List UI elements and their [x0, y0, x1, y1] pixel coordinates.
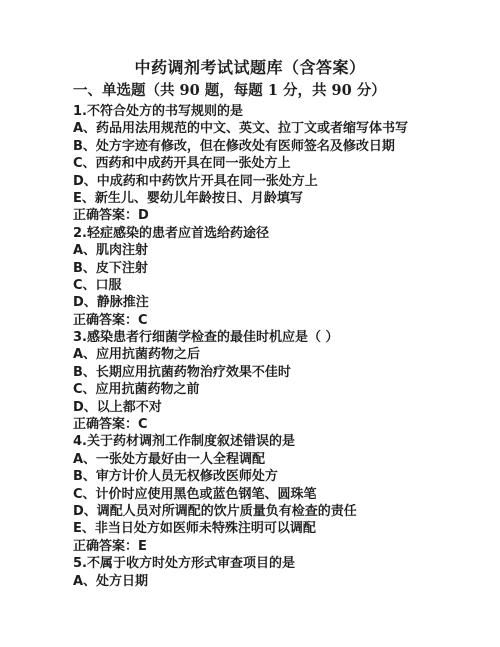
option-line: A、应用抗菌药物之后 — [73, 346, 500, 363]
question-text: 3.感染患者行细菌学检查的最佳时机应是（ ） — [73, 329, 500, 346]
section-heading: 一、单选题（共 90 题，每题 1 分，共 90 分） — [73, 80, 500, 101]
question-block: 5.不属于收方时处方形式审查项目的是 A、处方日期 — [73, 555, 500, 590]
option-line: D、以上都不对 — [73, 399, 500, 416]
question-text: 4.关于药材调剂工作制度叙述错误的是 — [73, 433, 500, 450]
question-block: 2.轻症感染的患者应首选给药途径 A、肌肉注射 B、皮下注射 C、口服 D、静脉… — [73, 225, 500, 329]
answer-line: 正确答案：E — [73, 538, 500, 555]
option-line: A、药品用法用规范的中文、英文、拉丁文或者缩写体书写 — [73, 120, 500, 137]
answer-line: 正确答案：C — [73, 312, 500, 329]
option-line: D、中成药和中药饮片开具在同一张处方上 — [73, 173, 500, 190]
option-line: D、静脉推注 — [73, 294, 500, 311]
option-line: C、口服 — [73, 277, 500, 294]
option-line: B、审方计价人员无权修改医师处方 — [73, 468, 500, 485]
document-page: 中药调剂考试试题库（含答案） 一、单选题（共 90 题，每题 1 分，共 90 … — [0, 0, 500, 647]
question-block: 3.感染患者行细菌学检查的最佳时机应是（ ） A、应用抗菌药物之后 B、长期应用… — [73, 329, 500, 433]
question-block: 1.不符合处方的书写规则的是 A、药品用法用规范的中文、英文、拉丁文或者缩写体书… — [73, 103, 500, 225]
question-block: 4.关于药材调剂工作制度叙述错误的是 A、一张处方最好由一人全程调配 B、审方计… — [73, 433, 500, 555]
question-text: 5.不属于收方时处方形式审查项目的是 — [73, 555, 500, 572]
option-line: A、处方日期 — [73, 573, 500, 590]
option-line: C、应用抗菌药物之前 — [73, 381, 500, 398]
option-line: B、处方字迹有修改，但在修改处有医师签名及修改日期 — [73, 138, 500, 155]
question-list: 1.不符合处方的书写规则的是 A、药品用法用规范的中文、英文、拉丁文或者缩写体书… — [73, 103, 500, 590]
option-line: E、非当日处方如医师未特殊注明可以调配 — [73, 520, 500, 537]
option-line: A、肌肉注射 — [73, 242, 500, 259]
option-line: D、调配人员对所调配的饮片质量负有检查的责任 — [73, 503, 500, 520]
question-text: 2.轻症感染的患者应首选给药途径 — [73, 225, 500, 242]
option-line: E、新生儿、婴幼儿年龄按日、月龄填写 — [73, 190, 500, 207]
option-line: B、长期应用抗菌药物治疗效果不佳时 — [73, 364, 500, 381]
answer-line: 正确答案：C — [73, 416, 500, 433]
option-line: C、计价时应使用黑色或蓝色钢笔、圆珠笔 — [73, 486, 500, 503]
answer-line: 正确答案：D — [73, 207, 500, 224]
question-text: 1.不符合处方的书写规则的是 — [73, 103, 500, 120]
option-line: A、一张处方最好由一人全程调配 — [73, 451, 500, 468]
option-line: B、皮下注射 — [73, 260, 500, 277]
document-title: 中药调剂考试试题库（含答案） — [0, 0, 500, 78]
option-line: C、西药和中成药开具在同一张处方上 — [73, 155, 500, 172]
